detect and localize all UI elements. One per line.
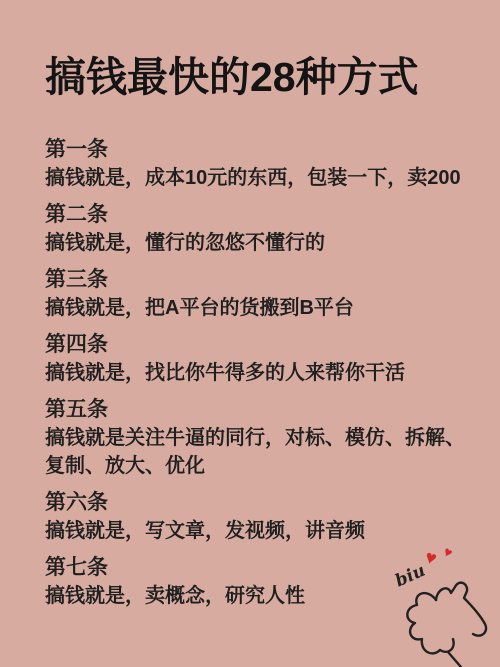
item-heading: 第二条: [45, 201, 470, 229]
list-item: 第六条 搞钱就是，写文章，发视频，讲音频: [45, 489, 470, 545]
item-heading: 第一条: [45, 136, 470, 164]
item-heading: 第五条: [45, 396, 470, 424]
list-item: 第二条 搞钱就是，懂行的忽悠不懂行的: [45, 201, 470, 257]
item-body: 搞钱就是，成本10元的东西，包装一下，卖200: [45, 164, 470, 192]
list-item: 第三条 搞钱就是，把A平台的货搬到B平台: [45, 266, 470, 322]
poster: 搞钱最快的28种方式 第一条 搞钱就是，成本10元的东西，包装一下，卖200 第…: [0, 0, 500, 610]
item-heading: 第三条: [45, 266, 470, 294]
item-heading: 第四条: [45, 331, 470, 359]
item-body: 搞钱就是，把A平台的货搬到B平台: [45, 294, 470, 322]
list-item: 第四条 搞钱就是，找比你牛得多的人来帮你干活: [45, 331, 470, 387]
list-item: 第一条 搞钱就是，成本10元的东西，包装一下，卖200: [45, 136, 470, 192]
item-body: 搞钱就是，懂行的忽悠不懂行的: [45, 229, 470, 257]
item-body: 搞钱就是，写文章，发视频，讲音频: [45, 517, 470, 545]
page-title: 搞钱最快的28种方式: [45, 52, 470, 102]
item-heading: 第六条: [45, 489, 470, 517]
item-body: 搞钱就是，找比你牛得多的人来帮你干活: [45, 359, 470, 387]
list-item: 第五条 搞钱就是关注牛逼的同行，对标、模仿、拆解、复制、放大、优化: [45, 396, 470, 480]
item-body: 搞钱就是关注牛逼的同行，对标、模仿、拆解、复制、放大、优化: [45, 424, 470, 480]
finger-heart-doodle-icon: [398, 576, 500, 667]
